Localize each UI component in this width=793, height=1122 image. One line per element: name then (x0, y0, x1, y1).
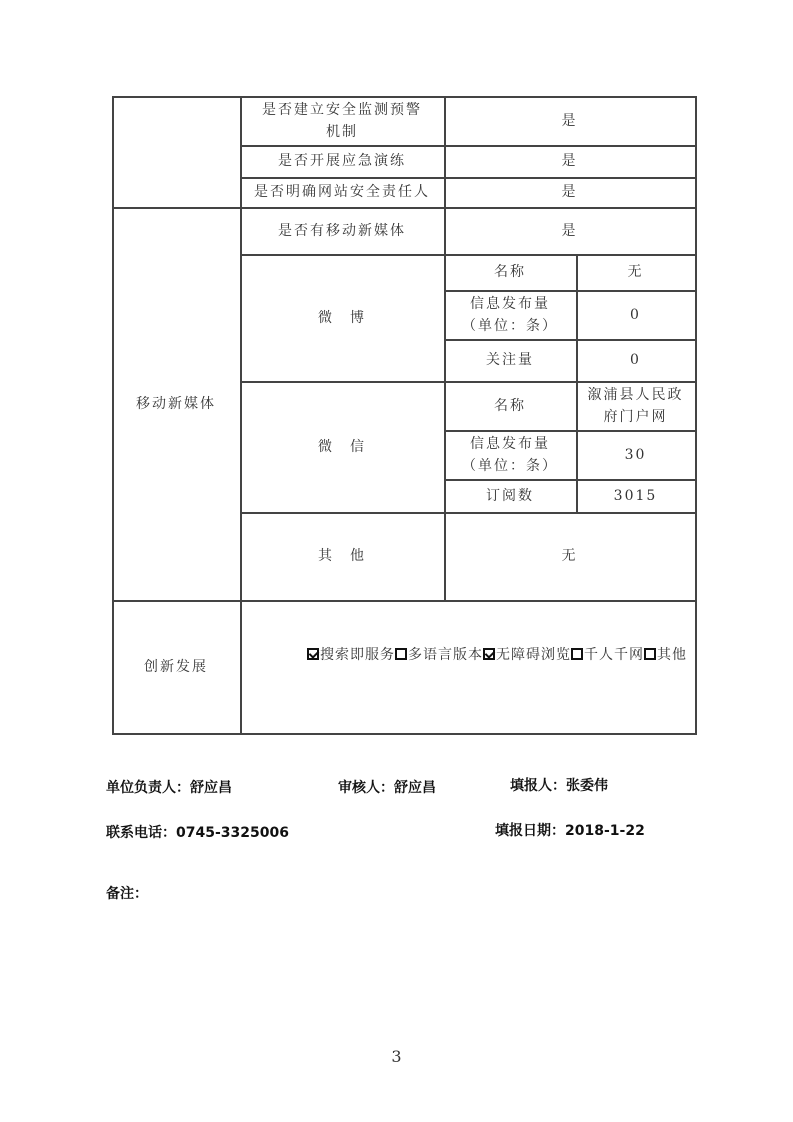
label-line: 信息发布量 (470, 433, 550, 455)
innovation-options-row: 搜索即服务多语言版本无障碍浏览千人千网其他 (307, 644, 687, 666)
label-line: 是否建立安全监测预警 (262, 99, 422, 121)
option-accessibility: 无障碍浏览 (496, 647, 571, 663)
emergency-drill-label: 是否开展应急演练 (240, 145, 444, 177)
option-search-as-service: 搜索即服务 (320, 647, 395, 663)
mobile-media-section-label: 移动新媒体 (112, 207, 240, 600)
option-other: 其他 (657, 647, 687, 663)
remarks: 备注： (106, 883, 148, 903)
innovation-options: 搜索即服务多语言版本无障碍浏览千人千网其他 (240, 600, 695, 710)
option-multilingual: 多语言版本 (408, 647, 483, 663)
weibo-name-label: 名称 (444, 254, 576, 290)
security-monitor-label: 是否建立安全监测预警 机制 (240, 96, 444, 145)
fill-date: 填报日期：2018-1-22 (495, 820, 645, 840)
security-owner-value: 是 (444, 177, 695, 207)
checkbox-checked-icon[interactable] (307, 648, 319, 660)
weibo-followers-value: 0 (576, 339, 695, 381)
label-line: 信息发布量 (470, 293, 550, 315)
checkbox-unchecked-icon[interactable] (395, 648, 407, 660)
contact-phone: 联系电话：0745-3325006 (106, 822, 289, 842)
option-personalized: 千人千网 (584, 647, 644, 663)
has-mobile-media-label: 是否有移动新媒体 (240, 207, 444, 254)
security-monitor-value: 是 (444, 96, 695, 145)
wechat-label: 微 信 (240, 381, 444, 512)
checkbox-checked-icon[interactable] (483, 648, 495, 660)
wechat-name-label: 名称 (444, 381, 576, 430)
value-line: 溆浦县人民政 (588, 384, 684, 406)
wechat-subscribers-label: 订阅数 (444, 479, 576, 512)
value-line: 府门户网 (604, 406, 668, 428)
table-border-bottom (112, 733, 697, 735)
checkbox-unchecked-icon[interactable] (644, 648, 656, 660)
innovation-section-label: 创新发展 (112, 600, 240, 733)
wechat-subscribers-value: 3015 (576, 479, 695, 512)
filler: 填报人：张委伟 (510, 775, 608, 795)
table-border-right (695, 96, 697, 734)
weibo-posts-value: 0 (576, 290, 695, 339)
wechat-posts-label: 信息发布量 （单位：条） (444, 430, 576, 479)
wechat-name-value: 溆浦县人民政 府门户网 (576, 381, 695, 430)
label-line: （单位：条） (462, 455, 558, 477)
security-owner-label: 是否明确网站安全责任人 (240, 177, 444, 207)
weibo-posts-label: 信息发布量 （单位：条） (444, 290, 576, 339)
label-line: 机制 (326, 121, 358, 143)
weibo-label: 微 博 (240, 254, 444, 381)
has-mobile-media-value: 是 (444, 207, 695, 254)
other-media-label: 其 他 (240, 512, 444, 600)
reviewer: 审核人：舒应昌 (338, 777, 436, 797)
checkbox-unchecked-icon[interactable] (571, 648, 583, 660)
other-media-value: 无 (444, 512, 695, 600)
weibo-name-value: 无 (576, 254, 695, 290)
page-number: 3 (0, 1047, 793, 1066)
emergency-drill-value: 是 (444, 145, 695, 177)
label-line: （单位：条） (462, 315, 558, 337)
unit-head: 单位负责人：舒应昌 (106, 777, 232, 797)
wechat-posts-value: 30 (576, 430, 695, 479)
weibo-followers-label: 关注量 (444, 339, 576, 381)
